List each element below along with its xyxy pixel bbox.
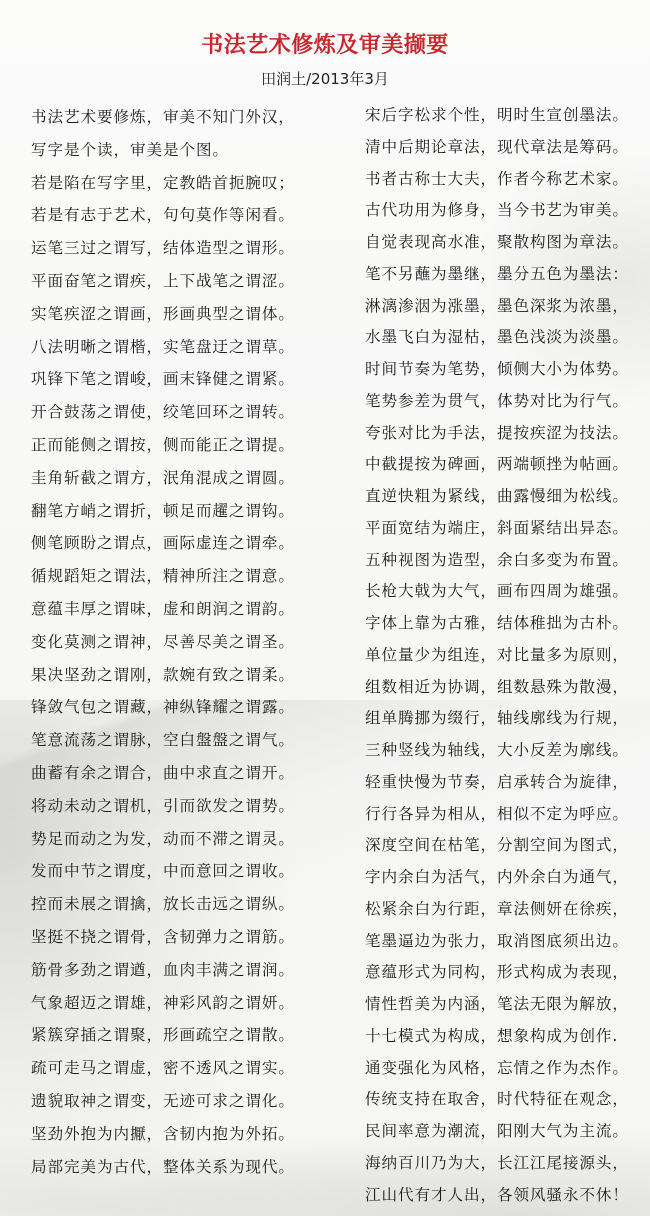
document-title: 书法艺术修炼及审美撷要 bbox=[0, 32, 650, 60]
verse-line: 笔不另蘸为墨继，墨分五色为墨法： bbox=[365, 261, 629, 293]
verse-line: 遗貌取神之谓变，无迹可求之谓化。 bbox=[31, 1088, 295, 1121]
verse-line: 江山代有才人出，各领风骚永不休！ bbox=[365, 1182, 629, 1214]
verse-line: 气象超迈之谓雄，神彩风韵之谓妍。 bbox=[31, 990, 295, 1023]
verse-line: 坚挺不挠之谓骨，含韧弹力之谓筋。 bbox=[31, 924, 295, 957]
verse-line: 坚劲外抱为内擫，含韧内抱为外拓。 bbox=[31, 1121, 295, 1154]
verse-line: 传统支持在取舍，时代特征在观念， bbox=[365, 1086, 629, 1118]
verse-line: 单位量少为组连，对比量多为原则， bbox=[365, 642, 629, 674]
verse-line: 开合鼓荡之谓使，绞笔回环之谓转。 bbox=[31, 399, 295, 432]
document-page: 书法艺术修炼及审美撷要 田润土/2013年3月 书法艺术要修炼，审美不知门外汉，… bbox=[0, 0, 650, 1216]
verse-line: 筋骨多劲之谓遒，血肉丰满之谓润。 bbox=[31, 957, 295, 990]
verse-line: 十七模式为构成，想象构成为创作. bbox=[365, 1023, 629, 1055]
verse-line: 写字是个读，审美是个图。 bbox=[31, 137, 295, 170]
verse-line: 清中后期论章法，现代章法是筹码。 bbox=[365, 134, 629, 166]
verse-line: 锋敛气包之谓藏，神纵锋耀之谓露。 bbox=[31, 694, 295, 727]
verse-line: 海纳百川乃为大，长江江尾接源头， bbox=[365, 1150, 629, 1182]
verse-line: 曲蓄有余之谓合，曲中求直之谓开。 bbox=[31, 760, 295, 793]
verse-line: 书法艺术要修炼，审美不知门外汉， bbox=[31, 104, 295, 137]
verse-line: 若是陷在写字里，定教皓首扼腕叹； bbox=[31, 170, 295, 203]
verse-line: 淋漓渗洇为涨墨，墨色深浆为浓墨， bbox=[365, 293, 629, 325]
verse-line: 书者古称士大夫，作者今称艺术家。 bbox=[365, 166, 629, 198]
verse-line: 局部完美为古代，整体关系为现代。 bbox=[31, 1154, 295, 1187]
verse-line: 循规蹈矩之谓法，精神所注之谓意。 bbox=[31, 563, 295, 596]
verse-line: 宋后字松求个性，明时生宣创墨法。 bbox=[365, 102, 629, 134]
verse-line: 正而能侧之谓按，侧而能正之谓提。 bbox=[31, 432, 295, 465]
poem-column-left: 书法艺术要修炼，审美不知门外汉， 写字是个读，审美是个图。 若是陷在写字里，定教… bbox=[31, 104, 295, 1186]
verse-line: 控而未展之谓擒，放长击远之谓纵。 bbox=[31, 891, 295, 924]
verse-line: 水墨飞白为湿枯，墨色浅淡为淡墨。 bbox=[365, 324, 629, 356]
verse-line: 平面宽结为端庄，斜面紧结出异态。 bbox=[365, 515, 629, 547]
verse-line: 意蕴形式为同构，形式构成为表现， bbox=[365, 959, 629, 991]
verse-line: 八法明晰之谓楷，实笔盘迂之谓草。 bbox=[31, 334, 295, 367]
verse-line: 直逆快粗为紧线，曲露慢细为松线。 bbox=[365, 483, 629, 515]
verse-line: 势足而动之为发，动而不滞之谓灵。 bbox=[31, 826, 295, 859]
verse-line: 紧簇穿插之谓聚，形画疏空之谓散。 bbox=[31, 1022, 295, 1055]
poem-column-right: 宋后字松求个性，明时生宣创墨法。 清中后期论章法，现代章法是筹码。 书者古称士大… bbox=[365, 102, 629, 1213]
verse-line: 松紧余白为行距，章法侧妍在徐疾， bbox=[365, 896, 629, 928]
author-date-byline: 田润土/2013年3月 bbox=[0, 69, 650, 89]
verse-line: 通变强化为风格，忘情之作为杰作。 bbox=[365, 1055, 629, 1087]
verse-line: 长枪大戟为大气，画布四周为雄强。 bbox=[365, 578, 629, 610]
verse-line: 将动未动之谓机，引而欲发之谓势。 bbox=[31, 793, 295, 826]
verse-line: 果决坚劲之谓刚，款婉有致之谓柔。 bbox=[31, 662, 295, 695]
verse-line: 笔意流荡之谓脉，空白盤盤之谓气。 bbox=[31, 727, 295, 760]
verse-line: 笔势参差为贯气，体势对比为行气。 bbox=[365, 388, 629, 420]
verse-line: 意蕴丰厚之谓味，虚和朗润之谓韵。 bbox=[31, 596, 295, 629]
verse-line: 深度空间在枯笔，分割空间为图式， bbox=[365, 832, 629, 864]
verse-line: 五种视图为造型，余白多变为布置。 bbox=[365, 547, 629, 579]
verse-line: 平面奋笔之谓疾，上下战笔之谓涩。 bbox=[31, 268, 295, 301]
verse-line: 中截提按为碑画，两端顿挫为帖画。 bbox=[365, 451, 629, 483]
verse-line: 时间节奏为笔势，倾侧大小为体势。 bbox=[365, 356, 629, 388]
verse-line: 运笔三过之谓写，结体造型之谓形。 bbox=[31, 235, 295, 268]
verse-line: 轻重快慢为节奏，启承转合为旋律， bbox=[365, 769, 629, 801]
verse-line: 民间率意为潮流，阳刚大气为主流。 bbox=[365, 1118, 629, 1150]
verse-line: 情性哲美为内涵，笔法无限为解放， bbox=[365, 991, 629, 1023]
verse-line: 侧笔顾盼之谓点，画际虚连之谓牵。 bbox=[31, 530, 295, 563]
verse-line: 行行各异为相从，相似不定为呼应。 bbox=[365, 801, 629, 833]
verse-line: 自觉表现高水准，聚散构图为章法。 bbox=[365, 229, 629, 261]
verse-line: 组数相近为协调，组数悬殊为散漫， bbox=[365, 674, 629, 706]
verse-line: 字体上靠为古雅，结体稚拙为古朴。 bbox=[365, 610, 629, 642]
verse-line: 翻笔方峭之谓折，顿足而趯之谓钩。 bbox=[31, 498, 295, 531]
verse-line: 变化莫测之谓神，尽善尽美之谓圣。 bbox=[31, 629, 295, 662]
verse-line: 圭角斩截之谓方，泯角混成之谓圆。 bbox=[31, 465, 295, 498]
verse-line: 笔墨逼边为张力，取消图底须出边。 bbox=[365, 928, 629, 960]
verse-line: 夸张对比为手法，提按疾涩为技法。 bbox=[365, 420, 629, 452]
verse-line: 发而中节之谓度，中而意回之谓收。 bbox=[31, 858, 295, 891]
verse-line: 若是有志于艺术，句句莫作等闲看。 bbox=[31, 202, 295, 235]
verse-line: 实笔疾涩之谓画，形画典型之谓体。 bbox=[31, 301, 295, 334]
verse-line: 疏可走马之谓虚，密不透风之谓实。 bbox=[31, 1055, 295, 1088]
verse-line: 字内余白为活气，内外余白为通气， bbox=[365, 864, 629, 896]
verse-line: 组单腾挪为缀行，轴线廓线为行规， bbox=[365, 705, 629, 737]
verse-line: 三种竖线为轴线，大小反差为廓线。 bbox=[365, 737, 629, 769]
verse-line: 古代功用为修身，当今书艺为审美。 bbox=[365, 197, 629, 229]
verse-line: 巩锋下笔之谓峻，画末锋健之谓紧。 bbox=[31, 366, 295, 399]
